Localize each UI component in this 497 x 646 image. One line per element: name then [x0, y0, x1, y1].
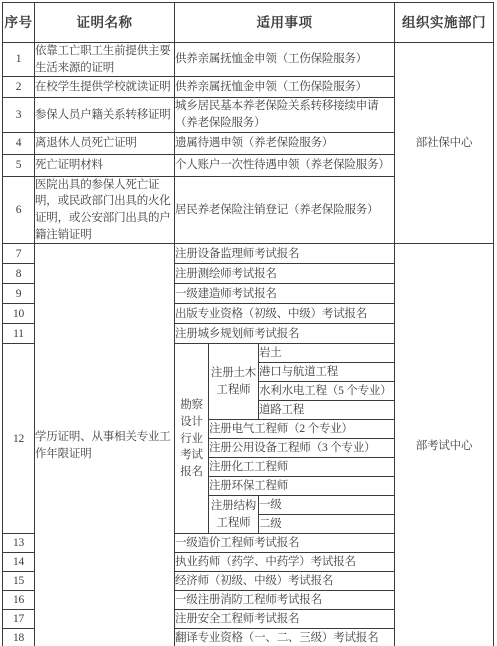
row-seq: 17	[3, 610, 35, 629]
row-seq: 11	[3, 324, 35, 344]
scope-cell: 注册安全工程师考试报名	[175, 610, 395, 629]
civil-specialty-cell: 道路工程	[259, 401, 395, 420]
scope-cell: 出版专业资格（初级、中级）考试报名	[175, 304, 395, 324]
row-seq: 4	[3, 132, 35, 154]
header-cell-name: 证明名称	[35, 3, 175, 43]
document-page: 序号 证明名称 适用事项 组织实施部门 1 依靠工亡职工生前提供主要生活来源的证…	[0, 0, 497, 646]
table-row: 1 依靠工亡职工生前提供主要生活来源的证明 供养亲属抚恤金申领（工伤保险服务） …	[3, 43, 494, 77]
electrical-engineer-cell: 注册电气工程师（2 个专业）	[209, 420, 395, 439]
scope-cell: 注册城乡规划师考试报名	[175, 324, 395, 344]
row-seq: 16	[3, 591, 35, 610]
civil-specialty-cell: 岩土	[259, 344, 395, 363]
scope-cell: 供养亲属抚恤金申领（工伤保险服务）	[175, 77, 395, 98]
row-seq: 18	[3, 629, 35, 646]
scope-cell: 翻译专业资格（一、二、三级）考试报名	[175, 629, 395, 646]
dept-cell-exam-center: 部考试中心	[395, 244, 494, 646]
row-seq: 5	[3, 154, 35, 176]
header-cell-seq: 序号	[3, 3, 35, 43]
row-seq: 15	[3, 572, 35, 591]
scope-cell: 一级建造师考试报名	[175, 284, 395, 304]
scope-cell: 执业药师（药学、中药学）考试报名	[175, 553, 395, 572]
scope-cell: 居民养老保险注销登记（养老保险服务）	[175, 176, 395, 244]
structural-level-cell: 一级	[259, 496, 395, 515]
row-seq: 7	[3, 244, 35, 264]
scope-cell: 经济师（初级、中级）考试报名	[175, 572, 395, 591]
row-seq: 14	[3, 553, 35, 572]
environmental-engineer-cell: 注册环保工程师	[209, 477, 395, 496]
header-row: 序号 证明名称 适用事项 组织实施部门	[3, 3, 494, 43]
cert-name-cell: 离退休人员死亡证明	[35, 132, 175, 154]
chemical-engineer-cell: 注册化工工程师	[209, 458, 395, 477]
cert-name-cell: 参保人员户籍关系转移证明	[35, 98, 175, 132]
table-row: 7 学历证明、从事相关专业工作年限证明 注册设备监理师考试报名 部考试中心	[3, 244, 494, 264]
cert-name-cell: 依靠工亡职工生前提供主要生活来源的证明	[35, 43, 175, 77]
scope-cell: 注册设备监理师考试报名	[175, 244, 395, 264]
header-cell-dept: 组织实施部门	[395, 3, 494, 43]
header-cell-scope: 适用事项	[175, 3, 395, 43]
row-seq: 2	[3, 77, 35, 98]
cert-name-cell: 在校学生提供学校就读证明	[35, 77, 175, 98]
scope-cell: 个人账户一次性待遇申领（养老保险服务）	[175, 154, 395, 176]
scope-cell: 注册测绘师考试报名	[175, 264, 395, 284]
row-seq: 8	[3, 264, 35, 284]
row-seq: 1	[3, 43, 35, 77]
structural-engineer-label: 注册结构工程师	[209, 496, 259, 534]
cert-name-cell: 医院出具的参保人死亡证明，或民政部门出具的火化证明，或公安部门出具的户籍注销证明	[35, 176, 175, 244]
cert-name-cell: 死亡证明材料	[35, 154, 175, 176]
scope-cell: 一级造价工程师考试报名	[175, 534, 395, 553]
row-seq: 9	[3, 284, 35, 304]
dept-cell-social-insurance: 部社保中心	[395, 43, 494, 244]
structural-level-cell: 二级	[259, 515, 395, 534]
civil-engineer-label: 注册土木工程师	[209, 344, 259, 420]
row-seq: 10	[3, 304, 35, 324]
row-seq: 13	[3, 534, 35, 553]
cert-name-cell-exam: 学历证明、从事相关专业工作年限证明	[35, 244, 175, 646]
civil-specialty-cell: 水利水电工程（5 个专业）	[259, 382, 395, 401]
scope-cell: 遗属待遇申领（养老保险服务）	[175, 132, 395, 154]
survey-design-group-label: 勘察设计行业考试报名	[175, 344, 209, 534]
scope-cell: 城乡居民基本养老保险关系转移接续申请（养老保险服务）	[175, 98, 395, 132]
row-seq: 3	[3, 98, 35, 132]
row-seq: 6	[3, 176, 35, 244]
certificate-clearance-table: 序号 证明名称 适用事项 组织实施部门 1 依靠工亡职工生前提供主要生活来源的证…	[2, 2, 494, 646]
public-equipment-engineer-cell: 注册公用设备工程师（3 个专业）	[209, 439, 395, 458]
row-seq: 12	[3, 344, 35, 534]
civil-specialty-cell: 港口与航道工程	[259, 363, 395, 382]
scope-cell: 一级注册消防工程师考试报名	[175, 591, 395, 610]
scope-cell: 供养亲属抚恤金申领（工伤保险服务）	[175, 43, 395, 77]
